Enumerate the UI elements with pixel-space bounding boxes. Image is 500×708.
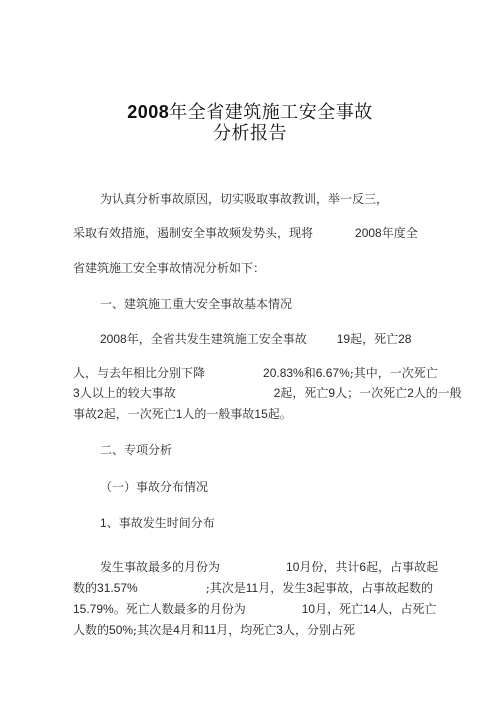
paragraph-line: 事故2起，一次死亡1人的一般事故15起。	[73, 406, 292, 422]
text-run: （一）事故分布情况	[100, 480, 208, 494]
text-run: 。死亡人数最多的月份为	[114, 602, 246, 616]
text-run: 3	[73, 386, 80, 400]
text-run: 2	[97, 407, 104, 421]
text-run: 6.67%	[316, 366, 350, 380]
text-run: 2008	[100, 332, 127, 346]
document-title-line1: 2008年全省建筑施工安全事故	[0, 101, 500, 124]
text-run: 二、专项分析	[100, 443, 172, 457]
text-run: 月份，共计	[299, 560, 359, 574]
text-run: 起，一次死亡	[104, 407, 176, 421]
text-run: ;其中，一次死亡	[350, 366, 438, 380]
text-run: 年，全省共发生建筑施工安全事故	[127, 332, 307, 346]
text-run: 11	[246, 581, 258, 595]
text-run: 28	[398, 332, 411, 346]
text-run: 起，死亡	[350, 332, 398, 346]
text-run: 15	[254, 407, 267, 421]
text-run: 起，占事故起	[366, 560, 438, 574]
paragraph-line: 采取有效措施，遏制安全事故频发势头，现将2008年度全	[73, 225, 418, 241]
text-run: 4	[173, 623, 180, 637]
title-text: 年全省建筑施工安全事故	[169, 102, 373, 123]
text-run: 月，发生	[258, 581, 306, 595]
text-run: 10	[286, 560, 299, 574]
text-run: 人，占死亡	[376, 602, 436, 616]
text-run: 人以上的较大事故	[80, 386, 176, 400]
document-title-line2: 分析报告	[0, 123, 500, 145]
paragraph-line: 数的31.57%;其次是11月，发生3起事故，占事故起数的	[73, 580, 433, 596]
text-run: 年度全	[382, 226, 418, 240]
text-run: 月，均死亡	[216, 623, 276, 637]
text-run: 为认真分析事故原因，切实吸取事故教训，举一反三，	[100, 192, 388, 206]
text-run: 一、建筑施工重大安全事故基本情况	[100, 297, 292, 311]
paragraph-line: 省建筑施工安全事故情况分析如下：	[73, 260, 265, 276]
title-year: 2008	[127, 102, 169, 122]
paragraph-line: 发生事故最多的月份为10月份，共计6起，占事故起	[100, 559, 438, 575]
text-run: 和	[304, 366, 316, 380]
text-run: 人的一般事故	[182, 407, 254, 421]
text-run: 19	[337, 332, 350, 346]
paragraph-line: 人，与去年相比分别下降20.83%和6.67%;其中，一次死亡	[73, 365, 438, 381]
paragraph-line: 1、事故发生时间分布	[100, 515, 215, 531]
text-run: 14	[363, 602, 376, 616]
text-run: 、事故发生时间分布	[107, 516, 215, 530]
text-run: 起，死亡	[280, 386, 328, 400]
text-run: 数的	[73, 581, 97, 595]
text-run: 2008	[355, 226, 382, 240]
text-run: 人，分别占死	[283, 623, 355, 637]
text-run: 11	[204, 623, 216, 637]
text-run: ;其次是	[206, 581, 246, 595]
text-run: 3	[306, 581, 313, 595]
text-run: 月，死亡	[315, 602, 363, 616]
text-run: 50%	[109, 623, 133, 637]
text-run: 起。	[268, 407, 292, 421]
text-run: 人；一次死亡	[335, 386, 407, 400]
text-run: 31.57%	[97, 581, 138, 595]
text-run: 人，与去年相比分别下降	[73, 366, 205, 380]
paragraph-line: 为认真分析事故原因，切实吸取事故教训，举一反三，	[100, 191, 388, 207]
text-run: 20.83%	[263, 366, 304, 380]
text-run: 事故	[73, 407, 97, 421]
paragraph-line: 人数的50%;其次是4月和11月，均死亡3人，分别占死	[73, 622, 355, 638]
text-run: 2	[407, 386, 414, 400]
paragraph-line: 2008年，全省共发生建筑施工安全事故19起，死亡28	[100, 331, 411, 347]
text-run: 起事故，占事故起数的	[313, 581, 433, 595]
paragraph-line: 一、建筑施工重大安全事故基本情况	[100, 296, 292, 312]
text-run: 3	[276, 623, 283, 637]
text-run: 采取有效措施，遏制安全事故频发势头，现将	[73, 226, 313, 240]
text-run: 10	[302, 602, 315, 616]
text-run: 发生事故最多的月份为	[100, 560, 220, 574]
text-run: ;其次是	[133, 623, 173, 637]
paragraph-line: 3人以上的较大事故2起，死亡9人；一次死亡2人的一般	[73, 385, 462, 401]
paragraph-line: （一）事故分布情况	[100, 479, 208, 495]
text-run: 1	[100, 516, 107, 530]
text-run: 人数的	[73, 623, 109, 637]
paragraph-line: 二、专项分析	[100, 442, 172, 458]
text-run: 15.79%	[73, 602, 114, 616]
paragraph-line: 15.79%。死亡人数最多的月份为10月，死亡14人，占死亡	[73, 601, 436, 617]
text-run: 省建筑施工安全事故情况分析如下：	[73, 261, 265, 275]
text-run: 人的一般	[414, 386, 462, 400]
text-run: 月和	[180, 623, 204, 637]
